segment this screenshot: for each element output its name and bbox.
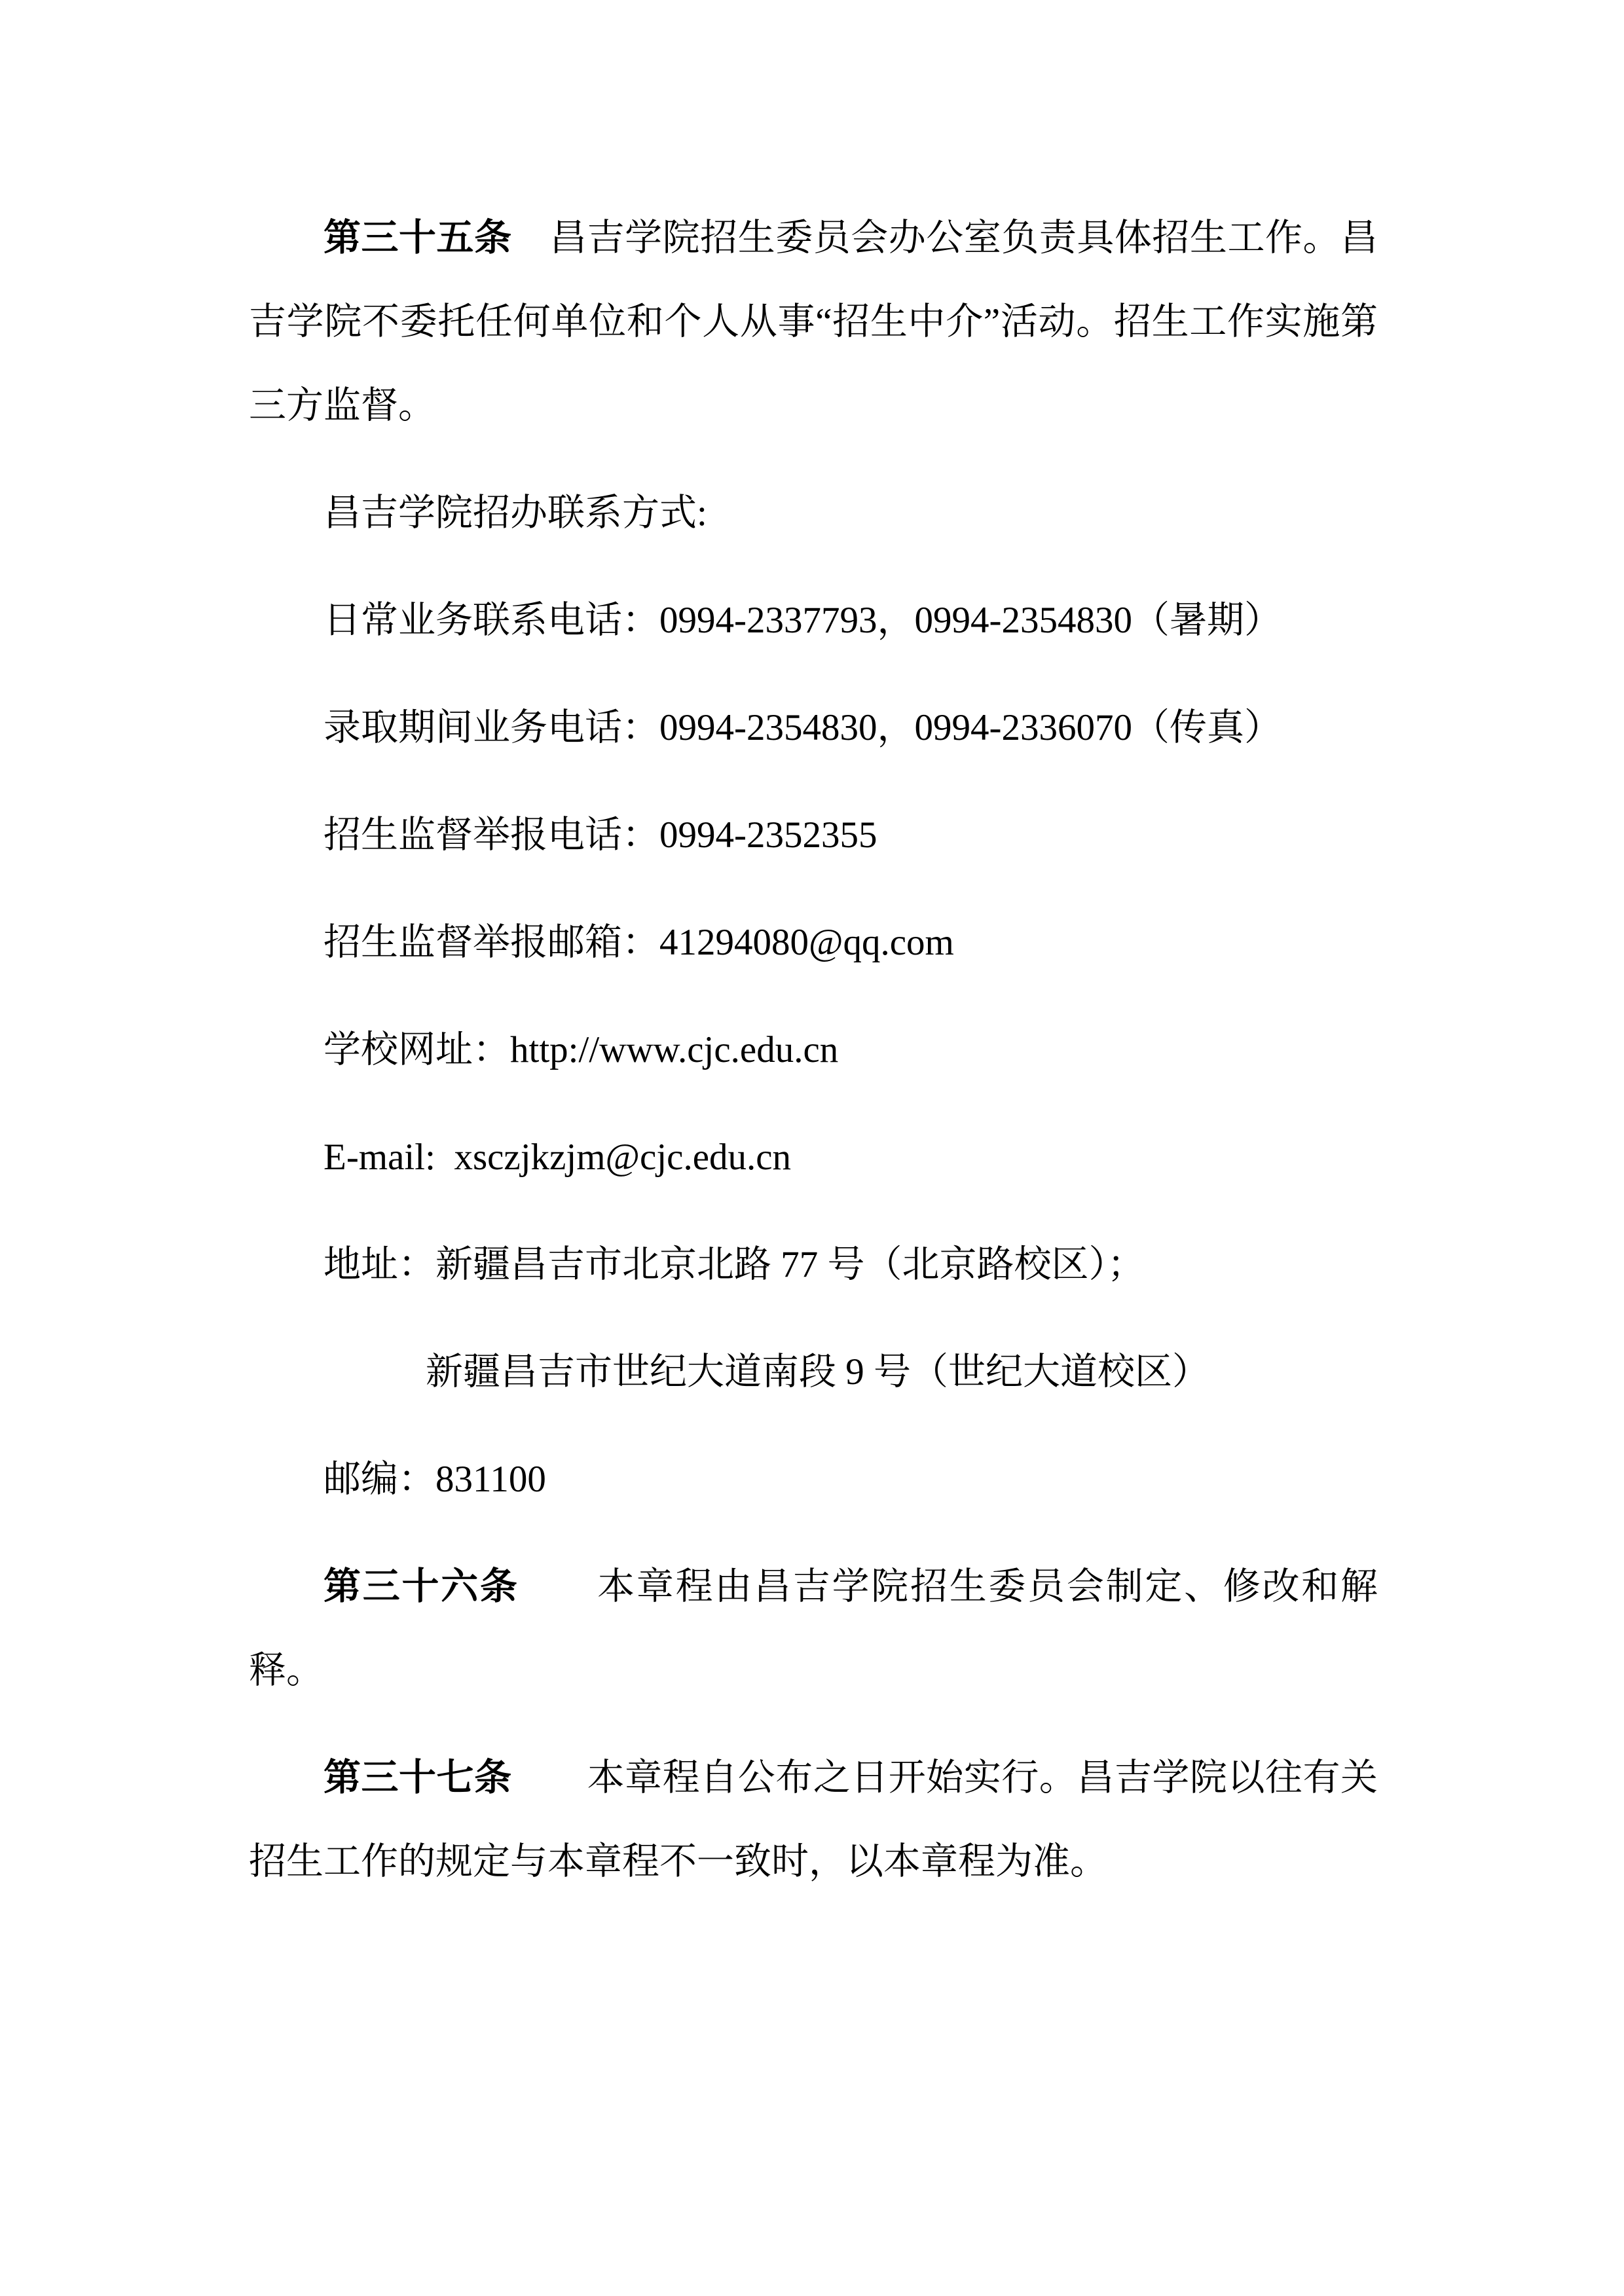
- email-text: E-mail: xsczjkzjm@cjc.edu.cn: [323, 1137, 791, 1178]
- phone-admission-line: 录取期间业务电话：0994-2354830，0994-2336070（传真）: [249, 686, 1378, 770]
- phone-admission-text: 录取期间业务电话：0994-2354830，0994-2336070（传真）: [323, 707, 1282, 748]
- address-line-2-text: 新疆昌吉市世纪大道南段 9 号（世纪大道校区）: [426, 1351, 1209, 1393]
- postcode-text: 邮编：831100: [323, 1459, 546, 1500]
- contact-heading-text: 昌吉学院招办联系方式:: [323, 492, 707, 534]
- phone-daily-text: 日常业务联系电话：0994-2337793，0994-2354830（暑期）: [323, 600, 1282, 641]
- phone-supervision-line: 招生监督举报电话：0994-2352355: [249, 793, 1378, 877]
- address-line-1: 地址：新疆昌吉市北京北路 77 号（北京路校区）；: [249, 1223, 1378, 1307]
- article-35: 第三十五条 昌吉学院招生委员会办公室负责具体招生工作。昌吉学院不委托任何单位和个…: [249, 196, 1378, 448]
- phone-supervision-text: 招生监督举报电话：0994-2352355: [323, 814, 877, 856]
- mailbox-supervision-line: 招生监督举报邮箱：41294080@qq.com: [249, 901, 1378, 985]
- document-page: 第三十五条 昌吉学院招生委员会办公室负责具体招生工作。昌吉学院不委托任何单位和个…: [0, 0, 1624, 2296]
- article-37-number: 第三十七条: [323, 1757, 512, 1798]
- contact-heading: 昌吉学院招办联系方式:: [249, 471, 1378, 555]
- address-line-1-text: 地址：新疆昌吉市北京北路 77 号（北京路校区）；: [323, 1244, 1145, 1285]
- article-37: 第三十七条 本章程自公布之日开始实行。昌吉学院以往有关招生工作的规定与本章程不一…: [249, 1736, 1378, 1904]
- website-line: 学校网址：http://www.cjc.edu.cn: [249, 1008, 1378, 1092]
- postcode-line: 邮编：831100: [249, 1438, 1378, 1522]
- email-line: E-mail: xsczjkzjm@cjc.edu.cn: [249, 1116, 1378, 1199]
- mailbox-supervision-text: 招生监督举报邮箱：41294080@qq.com: [323, 922, 954, 963]
- address-line-2: 新疆昌吉市世纪大道南段 9 号（世纪大道校区）: [249, 1330, 1378, 1414]
- article-36: 第三十六条 本章程由昌吉学院招生委员会制定、修改和解释。: [249, 1545, 1378, 1713]
- phone-daily-line: 日常业务联系电话：0994-2337793，0994-2354830（暑期）: [249, 579, 1378, 663]
- website-text: 学校网址：http://www.cjc.edu.cn: [323, 1029, 838, 1070]
- article-35-number: 第三十五条: [323, 217, 512, 259]
- article-36-number: 第三十六条: [323, 1566, 519, 1607]
